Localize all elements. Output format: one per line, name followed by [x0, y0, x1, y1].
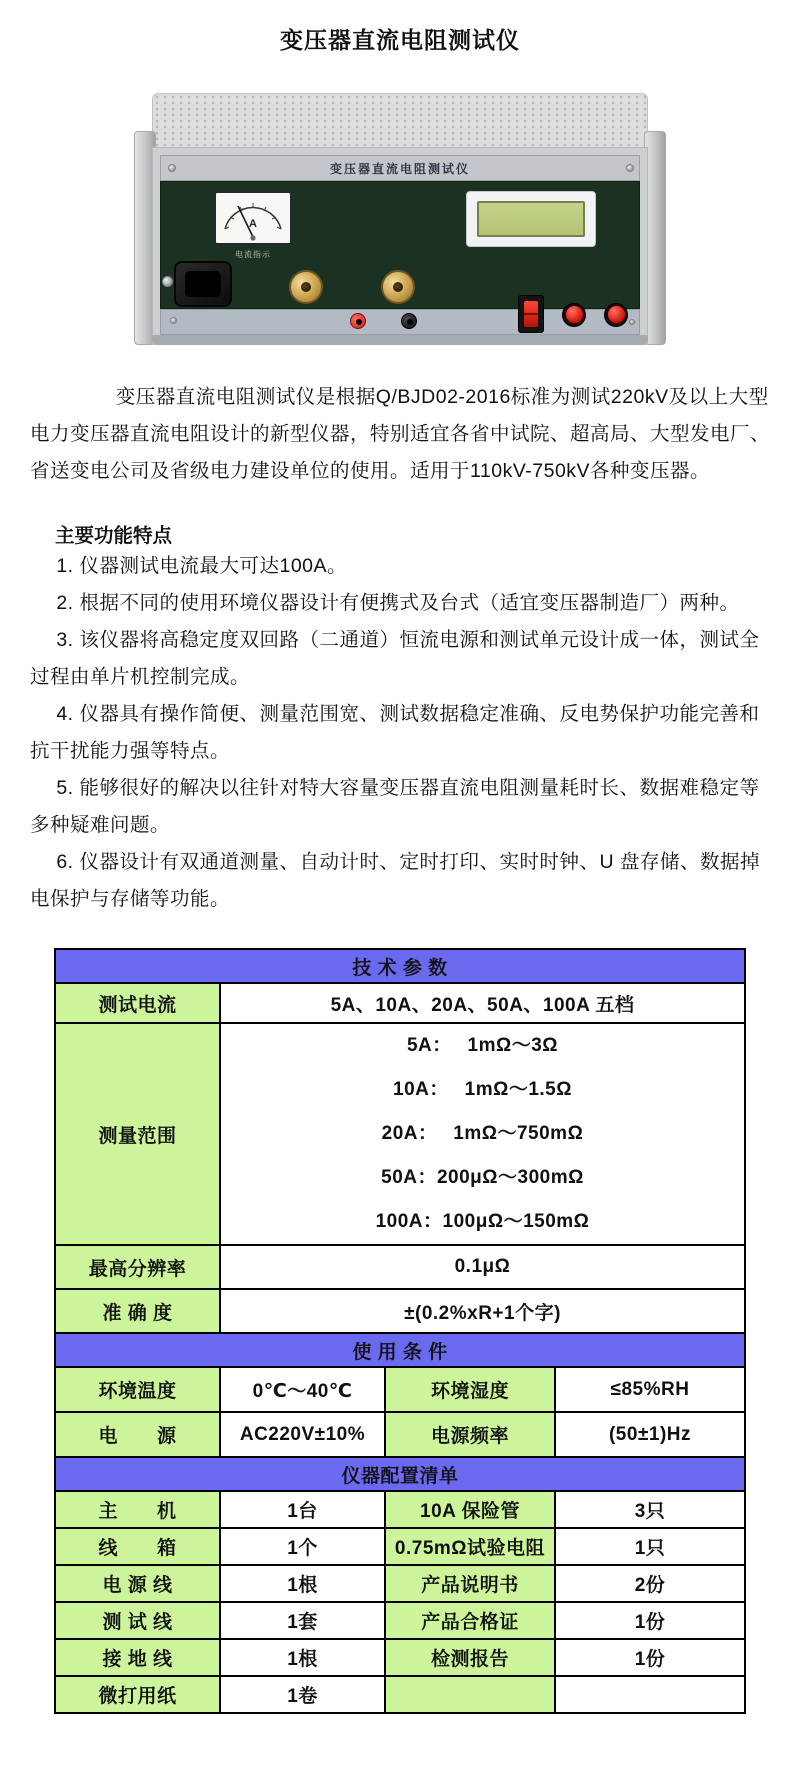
- red-push-button: [604, 303, 628, 327]
- cell-label-accuracy: 准 确 度: [55, 1289, 220, 1333]
- cell-value: 1只: [555, 1528, 745, 1565]
- power-rocker-switch: [518, 295, 544, 333]
- cell-label-resolution: 最高分辨率: [55, 1245, 220, 1289]
- range-line: 10A： 1mΩ～1.5Ω: [221, 1068, 744, 1112]
- cell-value: 1卷: [220, 1676, 385, 1713]
- device-nameplate: 变压器直流电阻测试仪: [160, 155, 640, 181]
- features-heading: 主要功能特点: [55, 520, 772, 548]
- feature-item: 3. 该仪器将高稳定度双回路（二通道）恒流电源和测试单元设计成一体，测试全过程由…: [30, 622, 772, 696]
- cell-label: 电 源: [55, 1412, 220, 1457]
- cell-label: [385, 1676, 555, 1713]
- button-cap: [566, 306, 583, 323]
- cell-value: 2份: [555, 1565, 745, 1602]
- lcd-screen: [477, 201, 585, 237]
- cell-label: 微打用纸: [55, 1676, 220, 1713]
- cell-value-accuracy: ±(0.2%xR+1个字): [220, 1289, 745, 1333]
- cell-value: [555, 1676, 745, 1713]
- device-photo: 变压器直流电阻测试仪 A 电流指示: [126, 91, 674, 353]
- cell-value: (50±1)Hz: [555, 1412, 745, 1457]
- cell-label: 主 机: [55, 1491, 220, 1528]
- cell-value: 1根: [220, 1565, 385, 1602]
- button-cap: [608, 306, 625, 323]
- cell-value: ≤85%RH: [555, 1367, 745, 1412]
- screw-icon: [170, 317, 177, 324]
- cell-label: 检测报告: [385, 1639, 555, 1676]
- page-title: 变压器直流电阻测试仪: [0, 22, 800, 55]
- ammeter-unit: A: [249, 218, 257, 230]
- device-top-vents: [152, 93, 648, 149]
- jack-pin: [356, 319, 362, 325]
- cell-value: 1份: [555, 1602, 745, 1639]
- cell-label: 10A 保险管: [385, 1491, 555, 1528]
- cell-label: 环境湿度: [385, 1367, 555, 1412]
- ammeter-face: A: [216, 193, 290, 243]
- cell-label-test-current: 测试电流: [55, 983, 220, 1023]
- cell-value: 1台: [220, 1491, 385, 1528]
- feature-item: 4. 仪器具有操作简便、测量范围宽、测试数据稳定准确、反电势保护功能完善和抗干扰…: [30, 696, 772, 770]
- jack-pin: [407, 319, 413, 325]
- cell-label: 产品合格证: [385, 1602, 555, 1639]
- cell-value: 1套: [220, 1602, 385, 1639]
- ground-terminal: [162, 276, 173, 287]
- power-socket-inner: [185, 271, 221, 297]
- cell-label: 线 箱: [55, 1528, 220, 1565]
- feature-item: 2. 根据不同的使用环境仪器设计有便携式及台式（适宜变压器制造厂）两种。: [30, 585, 772, 622]
- spec-table: 技 术 参 数 测试电流 5A、10A、20A、50A、100A 五档 测量范围…: [54, 948, 746, 1714]
- cell-value: 1根: [220, 1639, 385, 1676]
- range-line: 100A：100μΩ～150mΩ: [221, 1200, 744, 1244]
- red-push-button: [562, 303, 586, 327]
- cell-label: 0.75mΩ试验电阻: [385, 1528, 555, 1565]
- cell-label: 接 地 线: [55, 1639, 220, 1676]
- section-header-tech: 技 术 参 数: [55, 949, 745, 983]
- output-terminal: [381, 270, 415, 304]
- cell-value-resolution: 0.1μΩ: [220, 1245, 745, 1289]
- cell-value-test-current: 5A、10A、20A、50A、100A 五档: [220, 983, 745, 1023]
- ammeter-caption: 电流指示: [208, 249, 298, 260]
- power-socket: [174, 261, 232, 307]
- feature-item: 6. 仪器设计有双通道测量、自动计时、定时打印、实时时钟、U 盘存储、数据掉电保…: [30, 844, 772, 918]
- features-list: 1. 仪器测试电流最大可达100A。 2. 根据不同的使用环境仪器设计有便携式及…: [0, 548, 800, 918]
- feature-item: 1. 仪器测试电流最大可达100A。: [30, 548, 772, 585]
- feature-item: 5. 能够很好的解决以往针对特大容量变压器直流电阻测量耗时长、数据难稳定等多种疑…: [30, 770, 772, 844]
- rocker-key: [524, 301, 538, 327]
- cell-value: 1份: [555, 1639, 745, 1676]
- cell-value: 3只: [555, 1491, 745, 1528]
- range-line: 50A：200μΩ～300mΩ: [221, 1156, 744, 1200]
- cell-label: 电源频率: [385, 1412, 555, 1457]
- black-test-jack: [401, 313, 417, 329]
- red-test-jack: [350, 313, 366, 329]
- cell-value: 1个: [220, 1528, 385, 1565]
- lcd-display: [466, 191, 596, 247]
- analog-ammeter: A: [214, 191, 292, 245]
- cell-label: 测 试 线: [55, 1602, 220, 1639]
- terminal-hole: [301, 282, 311, 292]
- output-terminal: [289, 270, 323, 304]
- cell-label: 环境温度: [55, 1367, 220, 1412]
- cell-value: 0℃～40℃: [220, 1367, 385, 1412]
- screw-icon: [626, 164, 634, 172]
- screw-icon: [629, 319, 635, 325]
- cell-label-range: 测量范围: [55, 1023, 220, 1245]
- cell-value-range: 5A： 1mΩ～3Ω 10A： 1mΩ～1.5Ω 20A： 1mΩ～750mΩ …: [220, 1023, 745, 1245]
- terminal-hole: [393, 282, 403, 292]
- section-header-config: 仪器配置清单: [55, 1457, 745, 1491]
- range-line: 20A： 1mΩ～750mΩ: [221, 1112, 744, 1156]
- cell-value: AC220V±10%: [220, 1412, 385, 1457]
- range-line: 5A： 1mΩ～3Ω: [221, 1024, 744, 1068]
- cell-label: 产品说明书: [385, 1565, 555, 1602]
- device-nameplate-text: 变压器直流电阻测试仪: [330, 160, 470, 177]
- section-header-conditions: 使 用 条 件: [55, 1333, 745, 1367]
- device-base: [152, 335, 648, 345]
- screw-icon: [168, 164, 176, 172]
- cell-label: 电 源 线: [55, 1565, 220, 1602]
- intro-paragraph: 变压器直流电阻测试仪是根据Q/BJD02-2016标准为测试220kV及以上大型…: [30, 379, 772, 490]
